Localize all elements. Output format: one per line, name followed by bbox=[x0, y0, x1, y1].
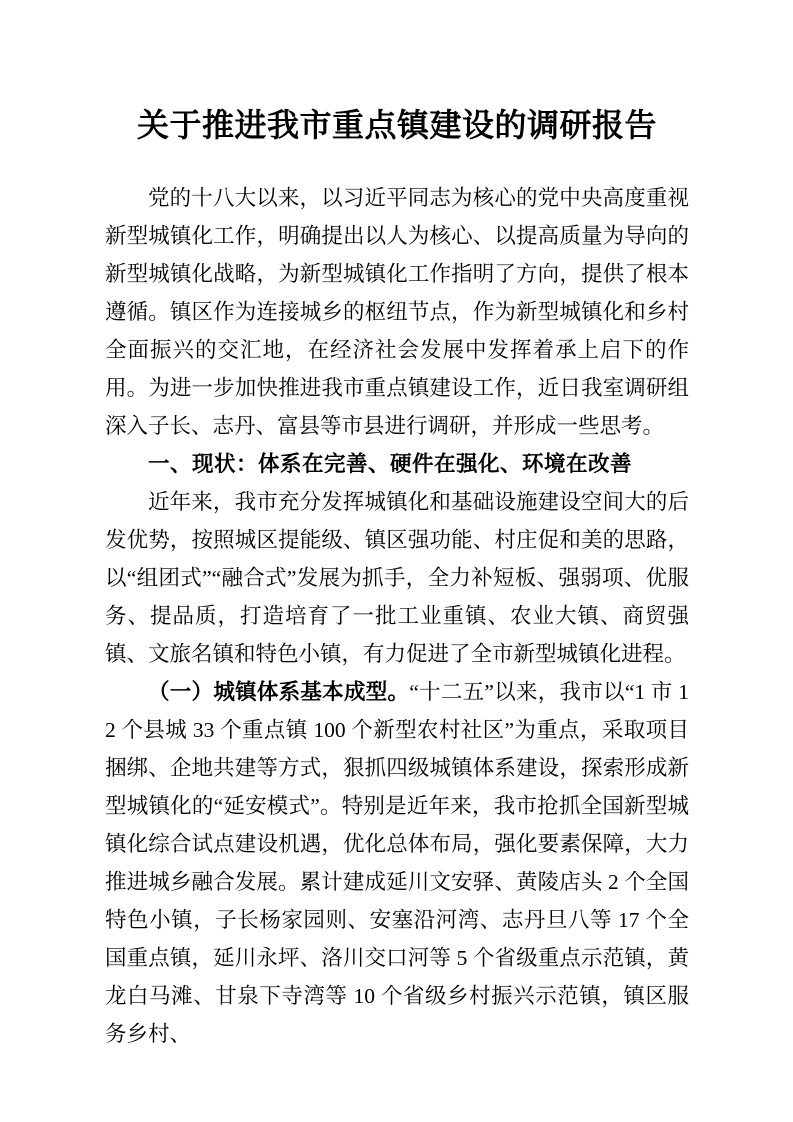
document-title: 关于推进我市重点镇建设的调研报告 bbox=[105, 104, 689, 147]
paragraph-subsection-one: （一）城镇体系基本成型。“十二五”以来，我市以“1 市 12 个县城 33 个重… bbox=[105, 673, 689, 1053]
subsection-one-text: “十二五”以来，我市以“1 市 12 个县城 33 个重点镇 100 个新型农村… bbox=[105, 680, 689, 1046]
subsection-one-lead: （一）城镇体系基本成型。 bbox=[148, 680, 409, 704]
document-page: 关于推进我市重点镇建设的调研报告 党的十八大以来，以习近平同志为核心的党中央高度… bbox=[0, 0, 793, 1122]
paragraph-introduction: 党的十八大以来，以习近平同志为核心的党中央高度重视新型城镇化工作，明确提出以人为… bbox=[105, 179, 689, 445]
section-heading-status: 一、现状：体系在完善、硬件在强化、环境在改善 bbox=[105, 445, 689, 483]
paragraph-status-overview: 近年来，我市充分发挥城镇化和基础设施建设空间大的后发优势，按照城区提能级、镇区强… bbox=[105, 483, 689, 673]
